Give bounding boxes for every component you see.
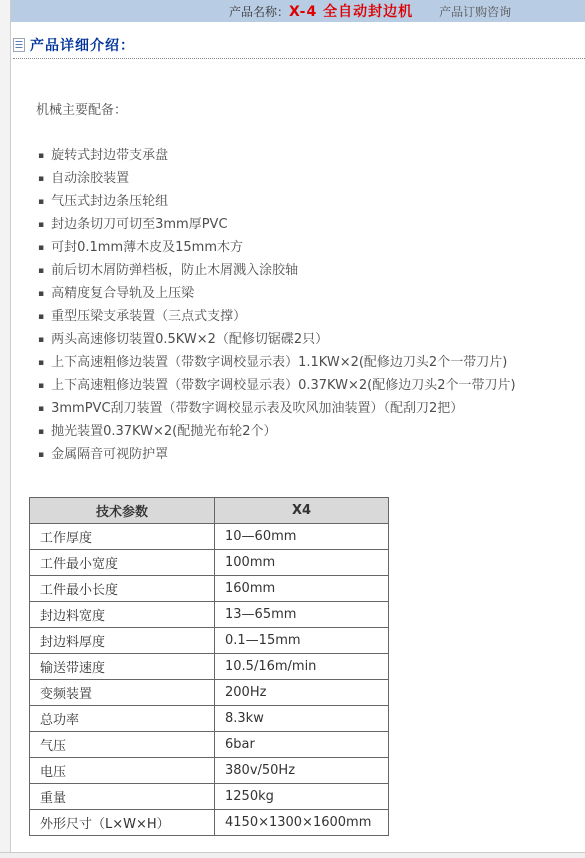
bullet-text: 旋转式封边带支承盘 <box>51 148 168 163</box>
param-value-cell: 160mm <box>215 576 389 602</box>
document-icon <box>13 38 25 52</box>
table-row: 工件最小长度160mm <box>30 576 389 602</box>
bullet-square-icon: ▪ <box>38 243 44 253</box>
product-name-value: X-4 全自动封边机 <box>289 1 413 21</box>
bullet-text: 可封0.1mm薄木皮及15mm木方 <box>51 240 243 255</box>
table-row: 重量1250kg <box>30 784 389 810</box>
param-name-cell: 重量 <box>30 784 215 810</box>
param-name-cell: 封边料宽度 <box>30 602 215 628</box>
param-name-cell: 总功率 <box>30 706 215 732</box>
bullet-square-icon: ▪ <box>38 289 44 299</box>
param-value-cell: 8.3kw <box>215 706 389 732</box>
bullet-text: 两头高速修切装置0.5KW×2（配修切锯碟2只） <box>51 332 328 347</box>
param-name-cell: 工件最小长度 <box>30 576 215 602</box>
param-name-cell: 封边料厚度 <box>30 628 215 654</box>
list-item: ▪3mmPVC刮刀装置（带数字调校显示表及吹风加油装置）（配刮刀2把） <box>38 397 585 420</box>
section-title: 产品详细介绍： <box>30 35 135 55</box>
dotted-divider <box>13 58 585 59</box>
bullet-square-icon: ▪ <box>38 312 44 322</box>
param-value-cell: 10—60mm <box>215 524 389 550</box>
product-name-label: 产品名称： <box>229 3 289 20</box>
param-name-cell: 变频装置 <box>30 680 215 706</box>
list-item: ▪自动涂胶装置 <box>38 167 585 190</box>
bullet-square-icon: ▪ <box>38 404 44 414</box>
page: 产品名称： X-4 全自动封边机 产品订购咨询 产品详细介绍： 机械主要配备： … <box>0 0 585 858</box>
param-name-cell: 工件最小宽度 <box>30 550 215 576</box>
spec-table: 技术参数X4 工作厚度10—60mm工件最小宽度100mm工件最小长度160mm… <box>29 497 389 836</box>
param-value-cell: 200Hz <box>215 680 389 706</box>
table-row: 总功率8.3kw <box>30 706 389 732</box>
spec-table-head: 技术参数X4 <box>30 498 389 524</box>
list-item: ▪两头高速修切装置0.5KW×2（配修切锯碟2只） <box>38 328 585 351</box>
list-item: ▪金属隔音可视防护罩 <box>38 443 585 466</box>
param-value-cell: 13—65mm <box>215 602 389 628</box>
list-item: ▪前后切木屑防弹档板，防止木屑溅入涂胶轴 <box>38 259 585 282</box>
param-name-cell: 电压 <box>30 758 215 784</box>
param-name-cell: 外形尺寸（L×W×H） <box>30 810 215 836</box>
spec-table-body: 工作厚度10—60mm工件最小宽度100mm工件最小长度160mm封边料宽度13… <box>30 524 389 836</box>
bullet-square-icon: ▪ <box>38 266 44 276</box>
table-row: 封边料宽度13—65mm <box>30 602 389 628</box>
table-row: 变频装置200Hz <box>30 680 389 706</box>
list-item: ▪上下高速粗修边装置（带数字调校显示表）1.1KW×2(配修边刀头2个一带刀片) <box>38 351 585 374</box>
spec-table-header-cell: X4 <box>215 498 389 524</box>
list-item: ▪上下高速粗修边装置（带数字调校显示表）0.37KW×2(配修边刀头2个一带刀片… <box>38 374 585 397</box>
list-item: ▪高精度复合导轨及上压梁 <box>38 282 585 305</box>
bullet-text: 重型压梁支承装置（三点式支撑） <box>51 309 246 324</box>
bullet-square-icon: ▪ <box>38 427 44 437</box>
bullet-text: 气压式封边条压轮组 <box>51 194 168 209</box>
bullet-text: 抛光装置0.37KW×2(配抛光布轮2个） <box>51 424 276 439</box>
equipment-heading: 机械主要配备： <box>36 99 585 118</box>
bullet-square-icon: ▪ <box>38 151 44 161</box>
bullet-square-icon: ▪ <box>38 450 44 460</box>
list-item: ▪封边条切刀可切至3mm厚PVC <box>38 213 585 236</box>
bullet-square-icon: ▪ <box>38 220 44 230</box>
param-value-cell: 1250kg <box>215 784 389 810</box>
bullet-text: 上下高速粗修边装置（带数字调校显示表）0.37KW×2(配修边刀头2个一带刀片) <box>51 378 515 393</box>
bullet-square-icon: ▪ <box>38 358 44 368</box>
bullet-square-icon: ▪ <box>38 381 44 391</box>
param-value-cell: 380v/50Hz <box>215 758 389 784</box>
param-value-cell: 6bar <box>215 732 389 758</box>
param-value-cell: 4150×1300×1600mm <box>215 810 389 836</box>
bullet-square-icon: ▪ <box>38 197 44 207</box>
table-row: 外形尺寸（L×W×H）4150×1300×1600mm <box>30 810 389 836</box>
param-value-cell: 10.5/16m/min <box>215 654 389 680</box>
spec-table-header-row: 技术参数X4 <box>30 498 389 524</box>
bullet-square-icon: ▪ <box>38 174 44 184</box>
bullet-square-icon: ▪ <box>38 335 44 345</box>
param-name-cell: 输送带速度 <box>30 654 215 680</box>
bullet-text: 金属隔音可视防护罩 <box>51 447 168 462</box>
order-inquiry-link[interactable]: 产品订购咨询 <box>439 3 511 20</box>
bullet-text: 3mmPVC刮刀装置（带数字调校显示表及吹风加油装置）（配刮刀2把） <box>51 401 463 416</box>
table-row: 工件最小宽度100mm <box>30 550 389 576</box>
product-title-bar: 产品名称： X-4 全自动封边机 产品订购咨询 <box>11 0 585 22</box>
list-item: ▪气压式封边条压轮组 <box>38 190 585 213</box>
table-row: 工作厚度10—60mm <box>30 524 389 550</box>
bullet-text: 前后切木屑防弹档板，防止木屑溅入涂胶轴 <box>51 263 298 278</box>
list-item: ▪旋转式封边带支承盘 <box>38 144 585 167</box>
section-title-row: 产品详细介绍： <box>13 36 585 54</box>
table-row: 输送带速度10.5/16m/min <box>30 654 389 680</box>
bullet-text: 封边条切刀可切至3mm厚PVC <box>51 217 227 232</box>
equipment-list: ▪旋转式封边带支承盘▪自动涂胶装置▪气压式封边条压轮组▪封边条切刀可切至3mm厚… <box>38 144 585 466</box>
param-name-cell: 工作厚度 <box>30 524 215 550</box>
content-area: 产品名称： X-4 全自动封边机 产品订购咨询 产品详细介绍： 机械主要配备： … <box>10 0 585 852</box>
param-name-cell: 气压 <box>30 732 215 758</box>
list-item: ▪重型压梁支承装置（三点式支撑） <box>38 305 585 328</box>
bullet-text: 上下高速粗修边装置（带数字调校显示表）1.1KW×2(配修边刀头2个一带刀片) <box>51 355 507 370</box>
bullet-text: 自动涂胶装置 <box>51 171 129 186</box>
table-row: 封边料厚度0.1—15mm <box>30 628 389 654</box>
table-row: 电压380v/50Hz <box>30 758 389 784</box>
param-value-cell: 100mm <box>215 550 389 576</box>
list-item: ▪抛光装置0.37KW×2(配抛光布轮2个） <box>38 420 585 443</box>
list-item: ▪可封0.1mm薄木皮及15mm木方 <box>38 236 585 259</box>
footer-strip <box>0 852 585 858</box>
param-value-cell: 0.1—15mm <box>215 628 389 654</box>
table-row: 气压6bar <box>30 732 389 758</box>
bullet-text: 高精度复合导轨及上压梁 <box>51 286 194 301</box>
spec-table-header-cell: 技术参数 <box>30 498 215 524</box>
